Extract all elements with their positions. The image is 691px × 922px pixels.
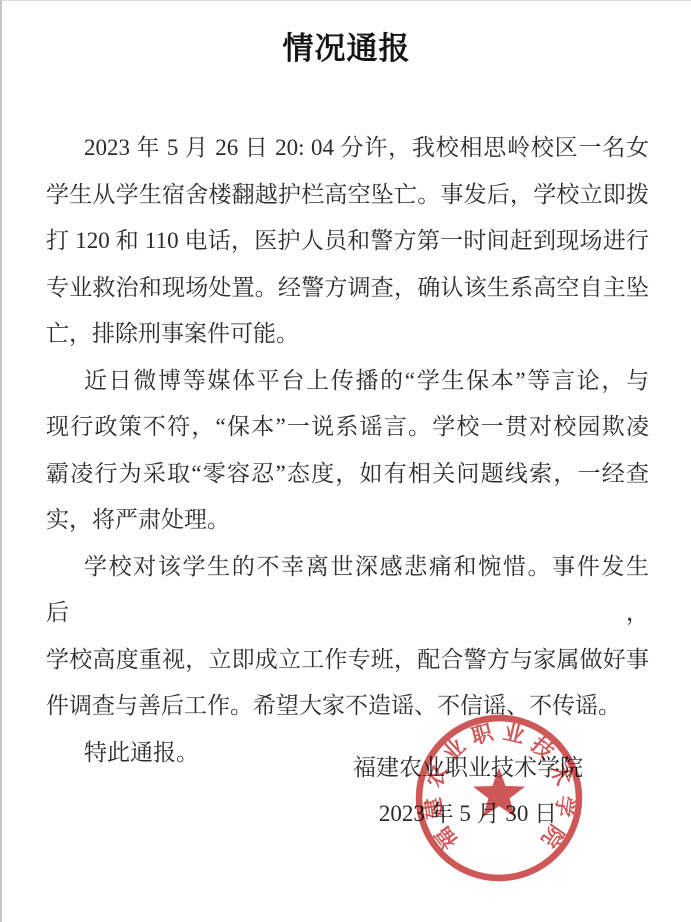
body-line: 学校高度重视，立即成立工作专班，配合警方与家属做好事: [46, 637, 649, 684]
body-line: 件调查与善后工作。希望大家不造谣、不信谣、不传谣。: [46, 683, 649, 730]
body-line: 打 120 和 110 电话，医护人员和警方第一时间赶到现场进行: [46, 218, 649, 265]
body-line: 学校对该学生的不幸离世深感悲痛和惋惜。事件发生后，: [46, 544, 649, 637]
notice-document: 情况通报 2023 年 5 月 26 日 20: 04 分许，我校相思岭校区一名…: [0, 0, 691, 922]
notice-body: 2023 年 5 月 26 日 20: 04 分许，我校相思岭校区一名女 学生从…: [46, 125, 649, 776]
body-line: 专业救治和现场处置。经警方调查，确认该生系高空自主坠: [46, 265, 649, 312]
signature-block: 福建农业职业技术学院 2023 年 5 月 30 日: [337, 745, 599, 837]
signature: 福建农业职业技术学院: [337, 745, 599, 791]
body-line: 2023 年 5 月 26 日 20: 04 分许，我校相思岭校区一名女: [46, 125, 649, 172]
body-line: 现行政策不符，“保本”一说系谣言。学校一贯对校园欺凌: [46, 404, 649, 451]
body-line: 近日微博等媒体平台上传播的“学生保本”等言论，与: [46, 358, 649, 405]
page-title: 情况通报: [2, 29, 691, 69]
body-line: 亡，排除刑事案件可能。: [46, 311, 649, 358]
body-line: 霸凌行为采取“零容忍”态度，如有相关问题线索，一经查: [46, 451, 649, 498]
body-line: 学生从学生宿舍楼翻越护栏高空坠亡。事发后，学校立即拨: [46, 172, 649, 219]
body-line: 实，将严肃处理。: [46, 497, 649, 544]
date: 2023 年 5 月 30 日: [337, 791, 599, 837]
